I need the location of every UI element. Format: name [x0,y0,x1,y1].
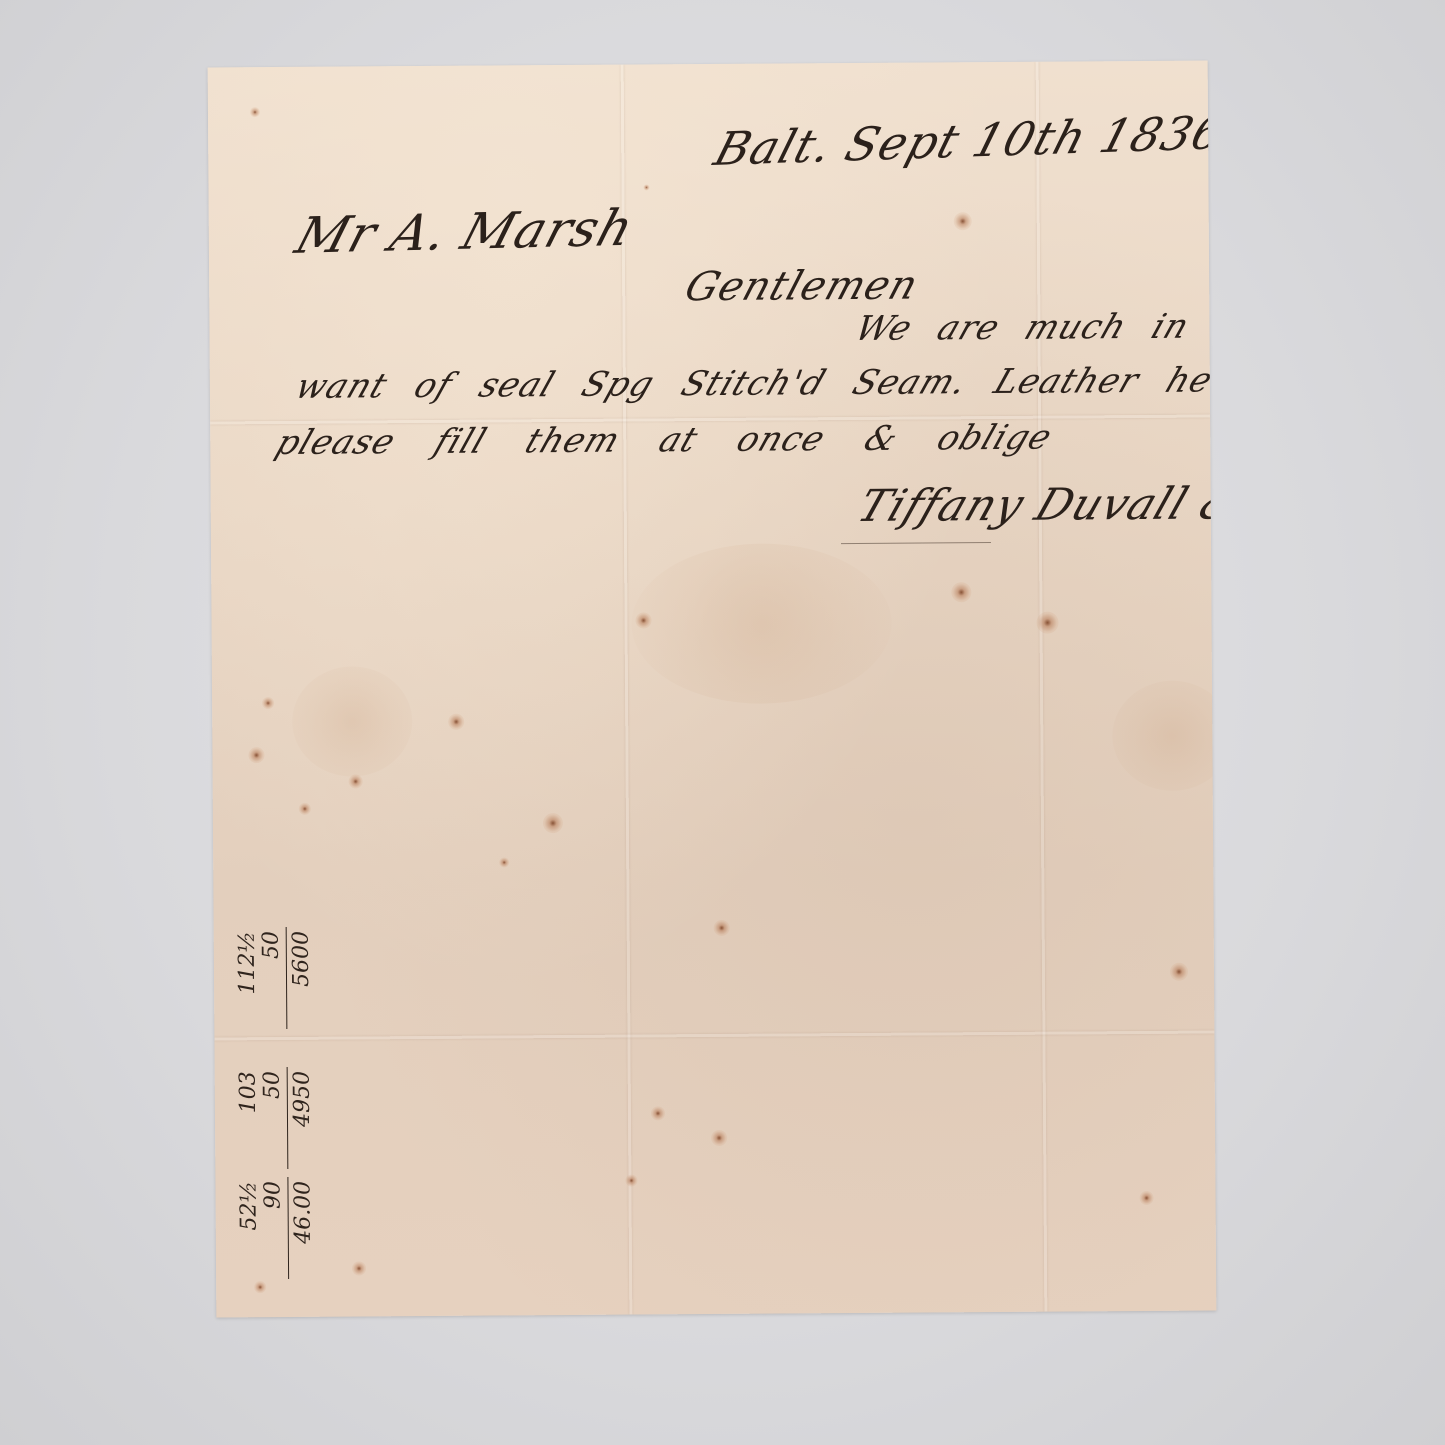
foxing-spot [714,920,730,936]
margin-calculation: 103 50 4950 [237,1067,328,1188]
horizontal-fold-line [214,1031,1214,1041]
calc-result: 46.00 [291,1177,316,1297]
foxing-spot [352,1261,366,1275]
foxing-spot [625,1175,637,1187]
letter-signature: Tiffany Duvall & Co [851,478,1216,532]
age-stain [1112,680,1216,791]
calc-multiplicand: 52½ [237,1177,262,1297]
letter-body-line: please fill them at once & oblige [270,418,1057,463]
letter-addressee: Mr A. Marsh [289,199,641,265]
calc-rule [287,1177,289,1279]
foxing-spot [262,697,274,709]
foxing-spot [711,1130,727,1146]
foxing-spot [1170,963,1188,981]
calc-result: 5600 [290,927,315,1047]
calc-multiplicand: 103 [237,1067,262,1187]
calc-multiplicand: 112½ [236,927,261,1047]
letter-paper: Balt. Sept 10th 1836 Mr A. Marsh Gentlem… [208,61,1217,1318]
age-stain [292,666,413,777]
calc-rule [286,927,288,1029]
letter-salutation: Gentlemen [679,263,924,311]
foxing-spot [248,747,264,763]
age-stain [631,543,892,705]
margin-calculation: 112½ 50 5600 [236,927,327,1048]
calc-multiplier: 50 [260,927,285,1047]
foxing-spot [1215,1120,1216,1136]
letter-body-line: want of seal Spg Stitch'd Seam. Leather … [290,359,1216,406]
foxing-spot [1036,612,1058,634]
calc-multiplier: 90 [261,1177,286,1297]
foxing-spot [299,803,311,815]
calc-rule [287,1067,289,1169]
letter-body-line: We are much in [850,307,1195,349]
foxing-spot [635,612,651,628]
foxing-spot [651,1106,665,1120]
foxing-spot [954,212,972,230]
foxing-spot [1140,1191,1154,1205]
foxing-spot [499,857,509,867]
foxing-spot [250,107,260,117]
signature-underline [841,542,991,544]
foxing-spot [448,714,464,730]
calc-multiplier: 50 [261,1067,286,1187]
foxing-spot [951,582,971,602]
foxing-spot [543,813,563,833]
foxing-spot [643,184,649,190]
calc-result: 4950 [291,1067,316,1187]
vertical-fold-line [1036,62,1048,1312]
margin-calculation: 52½ 90 46.00 [237,1177,328,1298]
letter-dateline: Balt. Sept 10th 1836 [708,105,1216,176]
foxing-spot [349,774,363,788]
